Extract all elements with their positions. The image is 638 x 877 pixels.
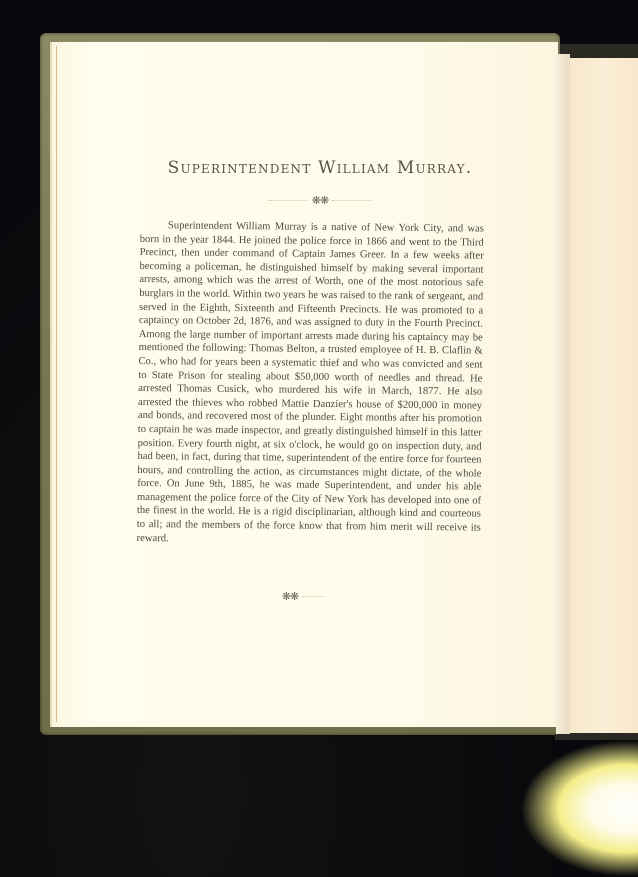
page-edge-line (56, 46, 57, 722)
flower-ornament-icon: ❋❋ (282, 591, 298, 603)
ornament-divider-bottom: ❋❋ (250, 590, 360, 603)
light-glare (520, 740, 638, 877)
page-title: Superintendent William Murray. (150, 158, 490, 178)
flower-ornament-icon: ❋❋ (312, 195, 328, 207)
right-page (570, 58, 638, 733)
book-gutter (556, 54, 570, 734)
dotted-rule-left (268, 200, 308, 202)
ornament-divider-top: ❋❋ (250, 194, 390, 207)
dotted-rule-right (332, 200, 372, 202)
dotted-rule-right (302, 596, 324, 598)
body-paragraph: Superintendent William Murray is a nativ… (137, 219, 484, 549)
